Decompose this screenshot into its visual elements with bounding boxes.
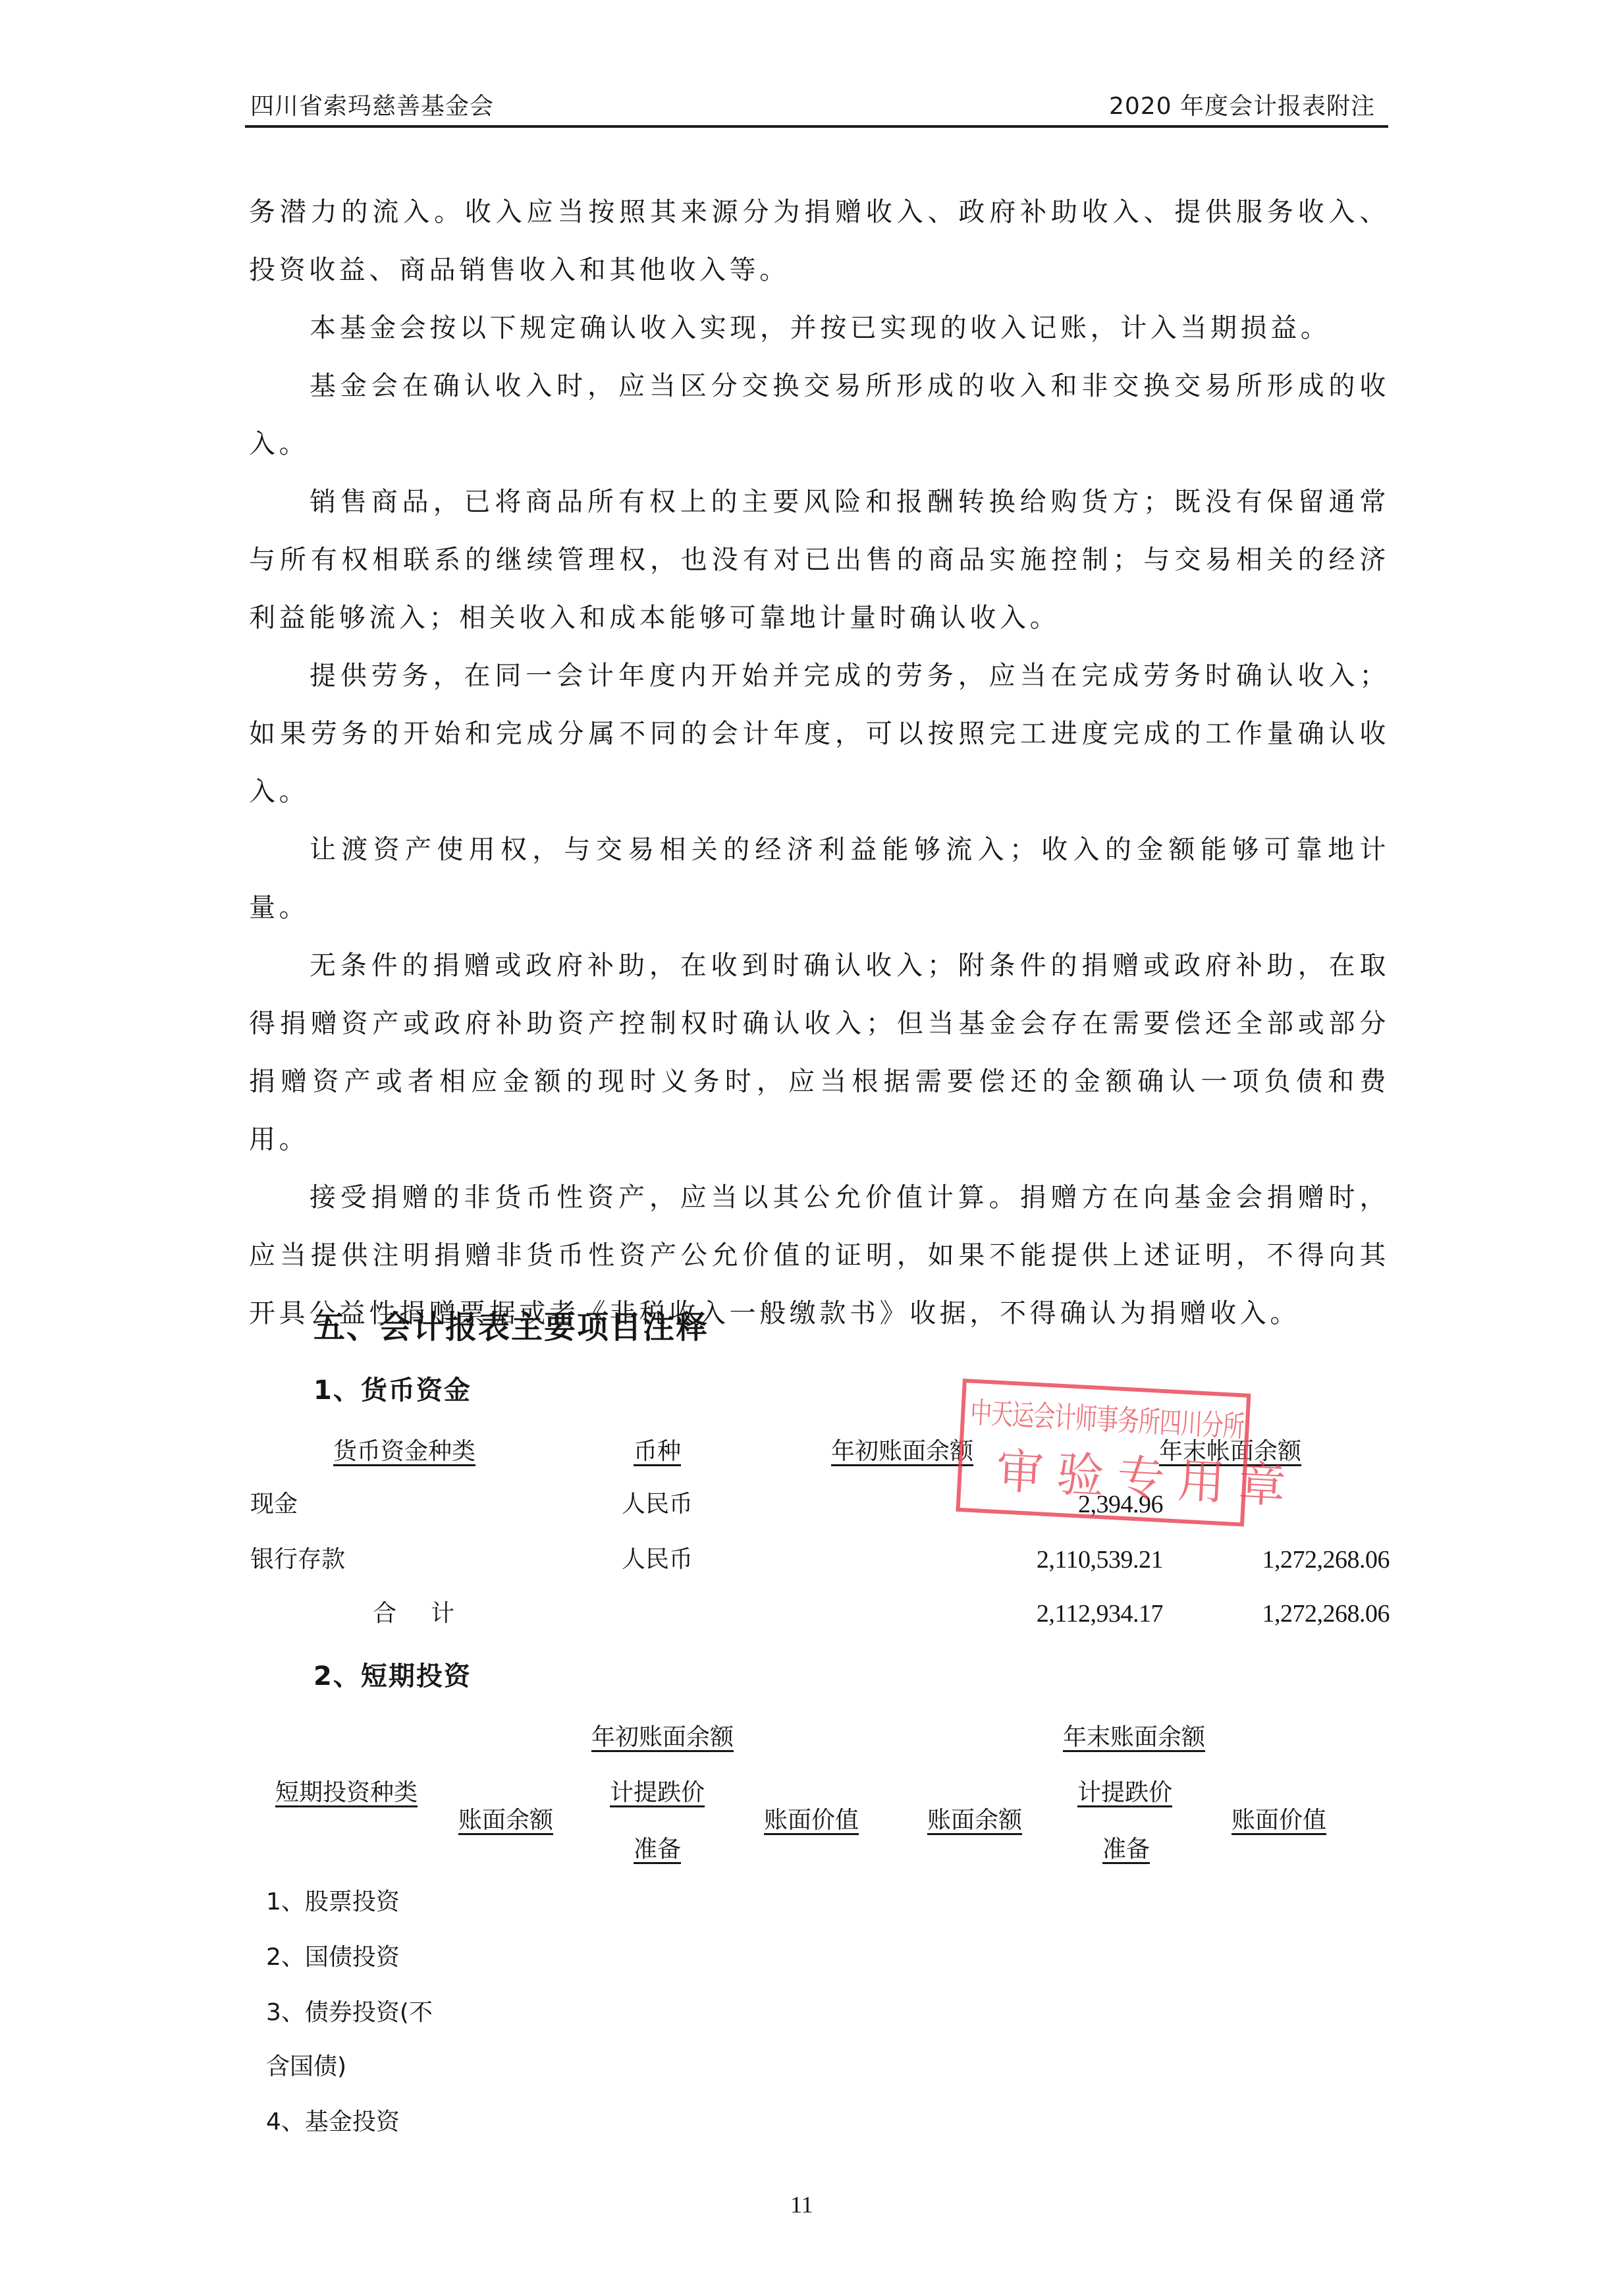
col-opening-impairment-line1: 计提跌价 — [610, 1778, 705, 1807]
investment-row-treasury-bonds: 2、国债投资 — [266, 1943, 400, 1972]
header-organization: 四川省索玛慈善基金会 — [250, 92, 494, 121]
cash-col-currency: 币种 — [634, 1437, 681, 1466]
col-closing-book-balance: 账面余额 — [927, 1806, 1022, 1835]
col-closing-impairment-line1: 计提跌价 — [1077, 1778, 1172, 1807]
cash-row-type: 现金 — [250, 1490, 298, 1519]
stamp-firm-name: 中天运会计师事务所四川分所 — [969, 1390, 1245, 1446]
paragraph-goods-sales: 销售商品，已将商品所有权上的主要风险和报酬转换给购货方；既没有保留通常与所有权相… — [249, 473, 1390, 647]
group-header-closing: 年末账面余额 — [1063, 1723, 1205, 1752]
investment-row-bonds-continued: 含国债) — [266, 2052, 346, 2081]
col-investment-type: 短期投资种类 — [275, 1778, 418, 1807]
cash-row-closing: 1,272,268.06 — [1159, 1545, 1390, 1574]
cash-col-opening: 年初账面余额 — [831, 1437, 973, 1466]
cash-total-label: 合 计 — [373, 1599, 460, 1628]
section-title: 五、会计报表主要项目注释 — [313, 1307, 709, 1347]
paragraph-exchange-distinction: 基金会在确认收入时，应当区分交换交易所形成的收入和非交换交易所形成的收入。 — [249, 357, 1390, 473]
col-closing-impairment-line2: 准备 — [1102, 1835, 1150, 1864]
cash-section-title: 1、货币资金 — [313, 1374, 472, 1407]
body-text: 务潜力的流入。收入应当按照其来源分为捐赠收入、政府补助收入、提供服务收入、投资收… — [249, 183, 1390, 1342]
cash-col-type: 货币资金种类 — [333, 1437, 475, 1466]
cash-total-opening: 2,112,934.17 — [922, 1599, 1163, 1628]
col-opening-book-value: 账面价值 — [764, 1806, 859, 1835]
cash-row-opening: 2,110,539.21 — [922, 1545, 1163, 1574]
cash-total-closing: 1,272,268.06 — [1159, 1599, 1390, 1628]
cash-row-type: 银行存款 — [250, 1545, 345, 1574]
cash-row-currency: 人民币 — [622, 1490, 693, 1519]
investment-row-stocks: 1、股票投资 — [266, 1888, 400, 1917]
paragraph-services: 提供劳务，在同一会计年度内开始并完成的劳务，应当在完成劳务时确认收入；如果劳务的… — [249, 647, 1390, 821]
paragraph-income-sources: 务潜力的流入。收入应当按照其来源分为捐赠收入、政府补助收入、提供服务收入、投资收… — [249, 183, 1390, 299]
paragraph-recognition-rule: 本基金会按以下规定确认收入实现，并按已实现的收入记账，计入当期损益。 — [249, 299, 1390, 357]
paragraph-donations-grants: 无条件的捐赠或政府补助，在收到时确认收入；附条件的捐赠或政府补助，在取得捐赠资产… — [249, 937, 1390, 1168]
investment-row-funds: 4、基金投资 — [266, 2108, 400, 2137]
header-rule — [245, 125, 1388, 128]
page-number: 11 — [790, 2191, 813, 2218]
header-document-title: 2020 年度会计报表附注 — [1109, 92, 1375, 121]
short-term-investment-title: 2、短期投资 — [313, 1660, 472, 1693]
col-closing-book-value: 账面价值 — [1232, 1806, 1326, 1835]
investment-row-bonds: 3、债券投资(不 — [266, 1998, 433, 2027]
cash-row-currency: 人民币 — [622, 1545, 693, 1574]
audit-stamp: 中天运会计师事务所四川分所 审验专用章 — [956, 1379, 1251, 1527]
paragraph-asset-use-rights: 让渡资产使用权，与交易相关的经济利益能够流入；收入的金额能够可靠地计量。 — [249, 821, 1390, 937]
group-header-opening: 年初账面余额 — [591, 1723, 734, 1752]
col-opening-impairment-line2: 准备 — [634, 1835, 681, 1864]
col-opening-book-balance: 账面余额 — [458, 1806, 553, 1835]
